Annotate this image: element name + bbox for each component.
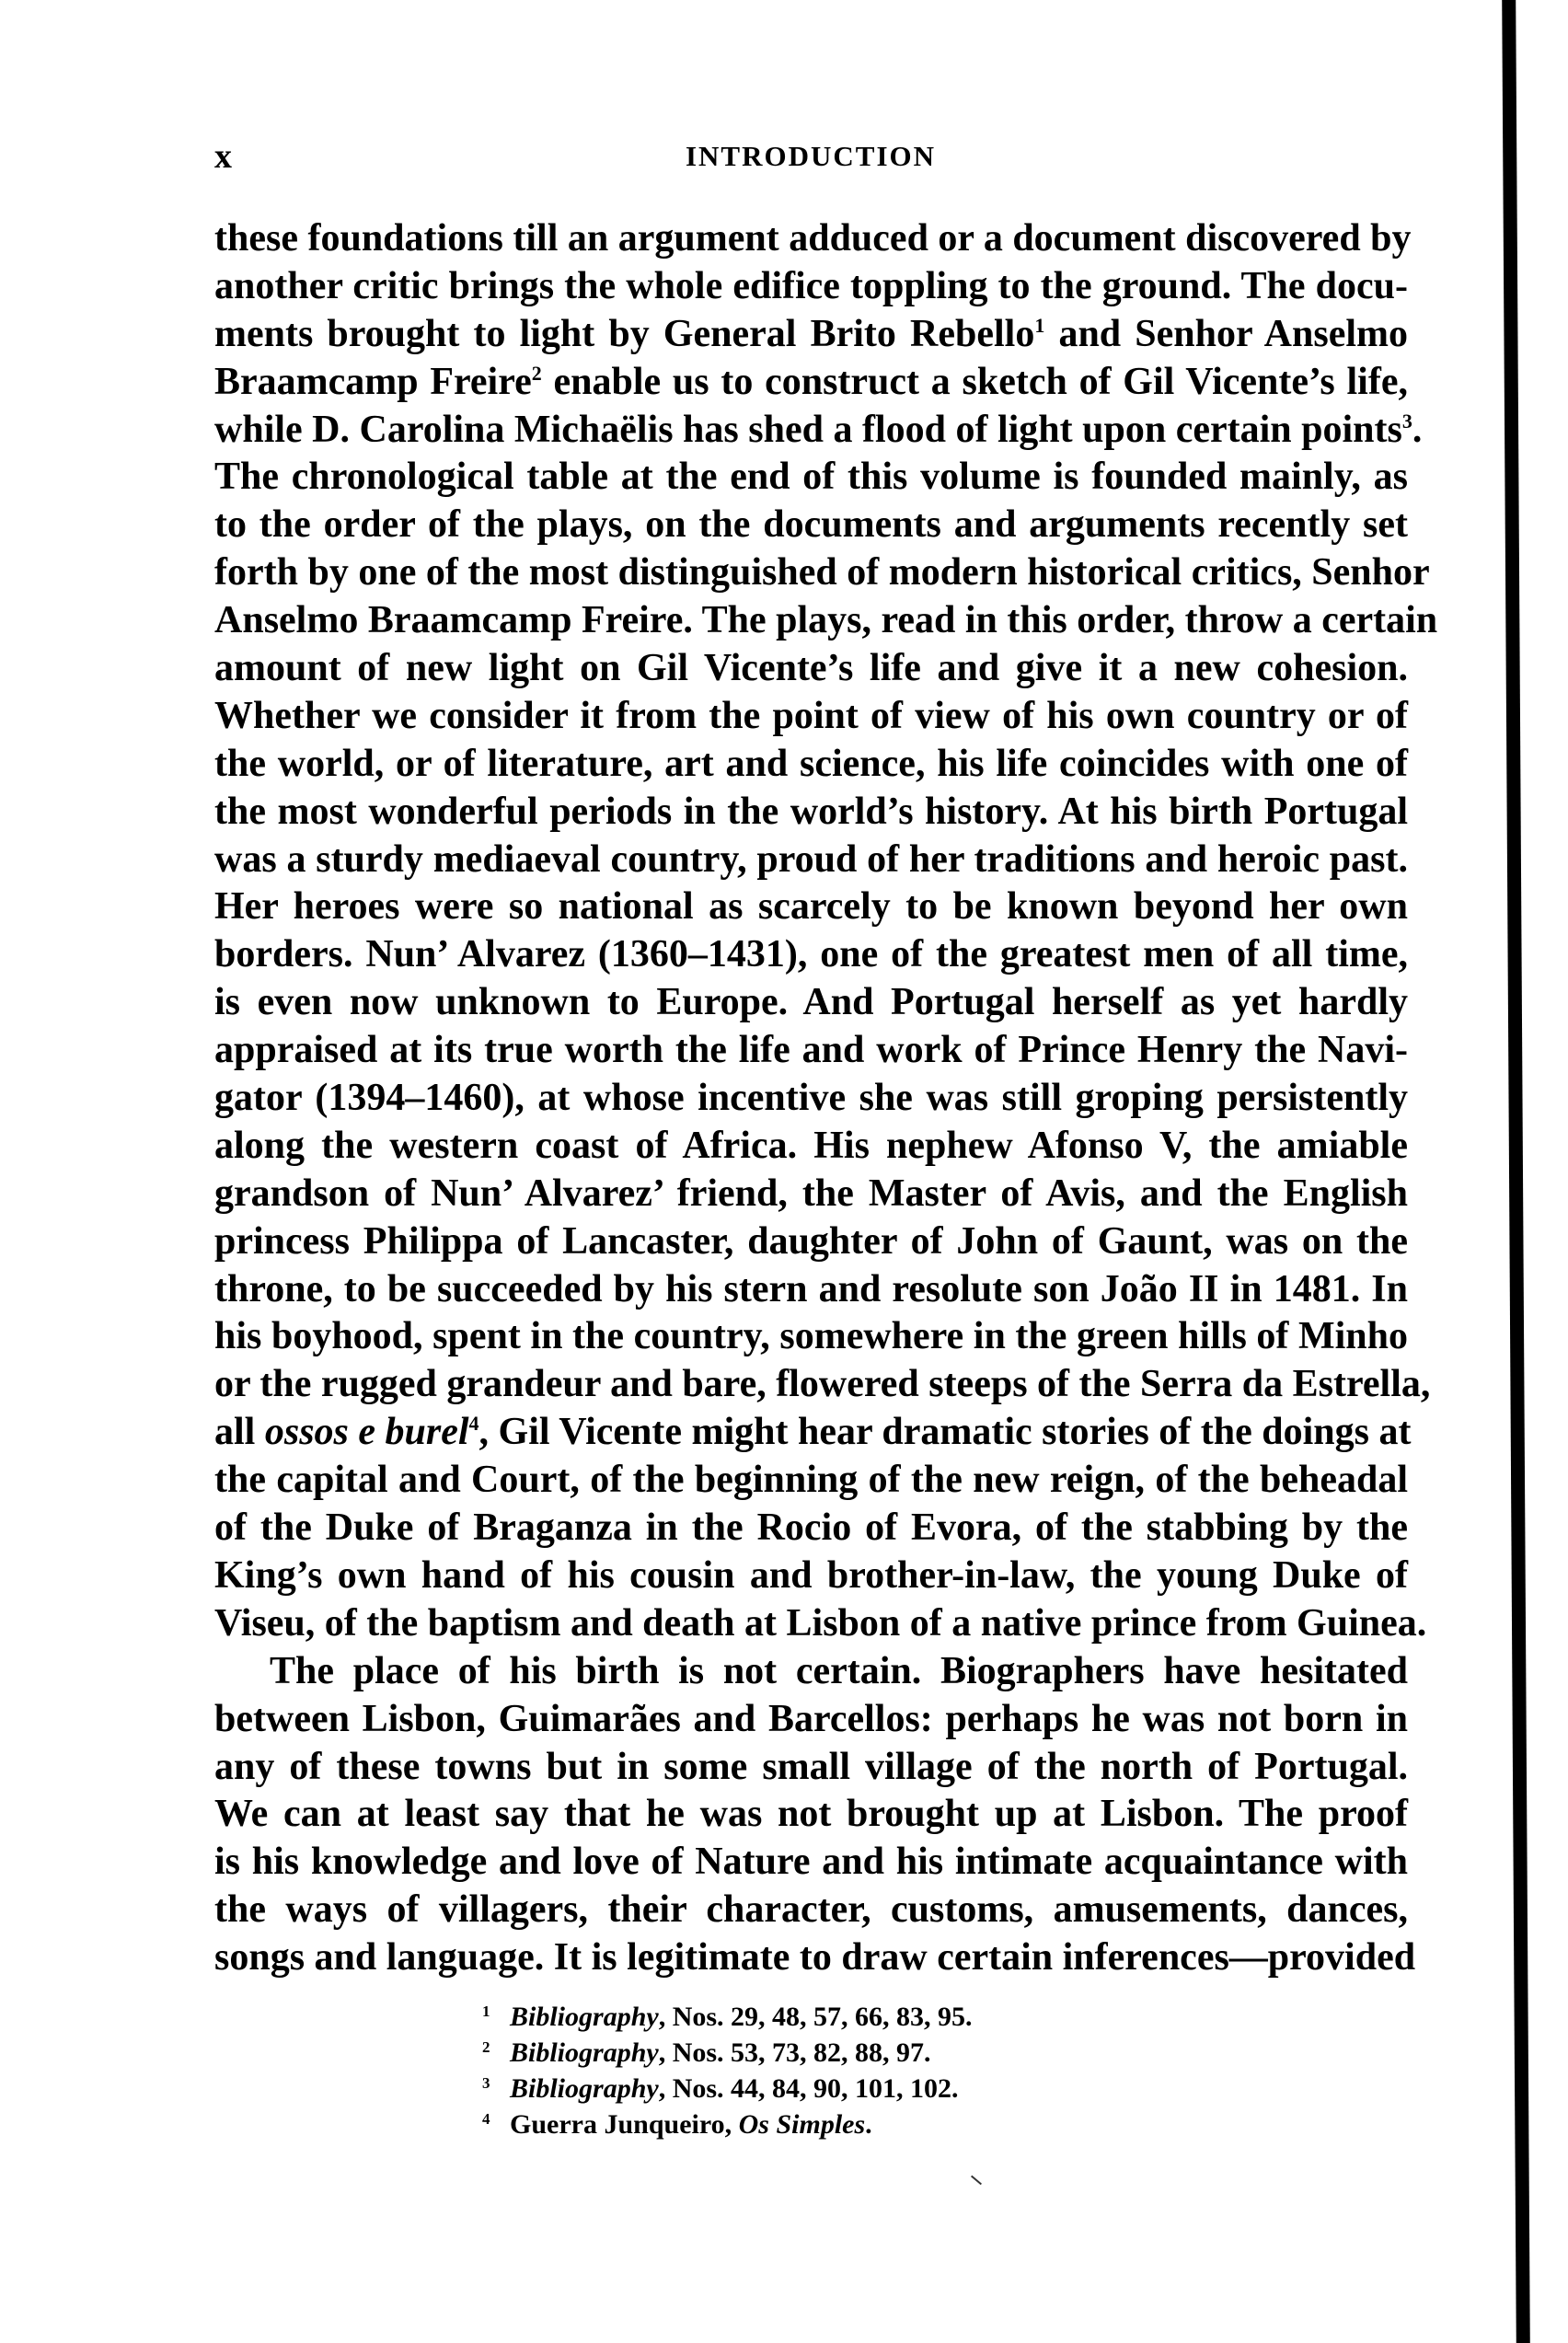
- body-text: these foundations till an argument adduc…: [214, 215, 1408, 1982]
- text-line: between Lisbon, Guimarães and Barcellos:…: [214, 1696, 1408, 1744]
- text-line: along the western coast of Africa. His n…: [214, 1123, 1408, 1171]
- text-line: while D. Carolina Michaëlis has shed a f…: [214, 407, 1408, 455]
- text-line: is even now unknown to Europe. And Portu…: [214, 979, 1408, 1027]
- text-line: all ossos e burel4, Gil Vicente might he…: [214, 1409, 1408, 1457]
- footnote: 4Guerra Junqueiro, Os Simples.: [482, 2106, 973, 2142]
- text-line: ments brought to light by General Brito …: [214, 311, 1408, 359]
- text-line: his boyhood, spent in the country, somew…: [214, 1313, 1408, 1361]
- text-run: while D. Carolina Michaëlis has shed a f…: [214, 409, 1402, 451]
- footnote-number: 4: [482, 2106, 510, 2132]
- text-run: Her heroes were so national as scarcely …: [214, 885, 1408, 928]
- footnote-number: 3: [482, 2071, 510, 2096]
- text-run: .: [1412, 409, 1423, 451]
- text-run: forth by one of the most distinguished o…: [214, 551, 1430, 594]
- text-run: , Nos. 53, 73, 82, 88, 97.: [659, 2037, 931, 2068]
- text-run: We can at least say that he was not brou…: [214, 1793, 1408, 1835]
- text-run: or the rugged grandeur and bare, flowere…: [214, 1363, 1430, 1405]
- text-line: Her heroes were so national as scarcely …: [214, 883, 1408, 931]
- footnote-ref[interactable]: 2: [532, 362, 542, 385]
- text-run: Braamcamp Freire: [214, 361, 532, 403]
- text-run: The chronological table at the end of th…: [214, 456, 1408, 498]
- footnote-number: 1: [482, 1999, 510, 2025]
- text-line: appraised at its true worth the life and…: [214, 1027, 1408, 1075]
- text-run: these foundations till an argument adduc…: [214, 217, 1412, 260]
- scan-edge-bar: [1502, 0, 1530, 2343]
- text-run: Viseu, of the baptism and death at Lisbo…: [214, 1602, 1426, 1645]
- italic-text: ossos e burel: [265, 1411, 469, 1453]
- text-run: King’s own hand of his cousin and brothe…: [214, 1554, 1408, 1597]
- book-page: x INTRODUCTION these foundations till an…: [0, 0, 1568, 2343]
- text-line: Anselmo Braamcamp Freire. The plays, rea…: [214, 597, 1408, 645]
- footnote: 1Bibliography, Nos. 29, 48, 57, 66, 83, …: [482, 1999, 973, 2035]
- text-line: these foundations till an argument adduc…: [214, 215, 1408, 263]
- text-line: The chronological table at the end of th…: [214, 454, 1408, 502]
- text-run: the world, or of literature, art and sci…: [214, 743, 1408, 785]
- running-head: INTRODUCTION: [0, 138, 1568, 175]
- text-line: Braamcamp Freire2 enable us to construct…: [214, 359, 1408, 407]
- text-line: was a sturdy mediaeval country, proud of…: [214, 837, 1408, 884]
- text-line: the most wonderful periods in the world’…: [214, 789, 1408, 837]
- text-run: .: [865, 2109, 872, 2140]
- footnote: 3Bibliography, Nos. 44, 84, 90, 101, 102…: [482, 2071, 973, 2106]
- text-run: of the Duke of Braganza in the Rocio of …: [214, 1506, 1408, 1549]
- footnote: 2Bibliography, Nos. 53, 73, 82, 88, 97.: [482, 2035, 973, 2071]
- text-line: throne, to be succeeded by his stern and…: [214, 1266, 1408, 1314]
- text-run: , Gil Vicente might hear dramatic storie…: [479, 1411, 1412, 1453]
- text-run: between Lisbon, Guimarães and Barcellos:…: [214, 1698, 1408, 1740]
- footnote-ref[interactable]: 3: [1402, 410, 1412, 433]
- text-line: We can at least say that he was not brou…: [214, 1791, 1408, 1839]
- text-line: the capital and Court, of the beginning …: [214, 1457, 1408, 1505]
- italic-text: Bibliography: [510, 2037, 659, 2068]
- text-run: Guerra Junqueiro,: [510, 2109, 739, 2140]
- stray-pen-mark: [971, 2176, 982, 2186]
- text-line: princess Philippa of Lancaster, daughter…: [214, 1218, 1408, 1266]
- footnotes: 1Bibliography, Nos. 29, 48, 57, 66, 83, …: [482, 1999, 973, 2142]
- text-line: Viseu, of the baptism and death at Lisbo…: [214, 1600, 1408, 1648]
- text-run: any of these towns but in some small vil…: [214, 1746, 1408, 1788]
- text-line: The place of his birth is not certain. B…: [214, 1648, 1408, 1696]
- text-line: is his knowledge and love of Nature and …: [214, 1839, 1408, 1887]
- text-line: the world, or of literature, art and sci…: [214, 741, 1408, 789]
- text-run: the ways of villagers, their character, …: [214, 1888, 1408, 1931]
- text-run: is even now unknown to Europe. And Portu…: [214, 981, 1408, 1023]
- text-line: Whether we consider it from the point of…: [214, 693, 1408, 741]
- text-run: gator (1394–1460), at whose incentive sh…: [214, 1077, 1408, 1119]
- text-run: , Nos. 44, 84, 90, 101, 102.: [659, 2073, 959, 2104]
- text-line: grandson of Nun’ Alvarez’ friend, the Ma…: [214, 1171, 1408, 1218]
- text-run: all: [214, 1411, 265, 1453]
- text-run: is his knowledge and love of Nature and …: [214, 1841, 1408, 1883]
- text-line: amount of new light on Gil Vicente’s lif…: [214, 645, 1408, 693]
- text-line: the ways of villagers, their character, …: [214, 1887, 1408, 1934]
- text-line: gator (1394–1460), at whose incentive sh…: [214, 1075, 1408, 1123]
- text-run: throne, to be succeeded by his stern and…: [214, 1268, 1408, 1310]
- text-run: grandson of Nun’ Alvarez’ friend, the Ma…: [214, 1172, 1408, 1215]
- footnote-ref[interactable]: 4: [469, 1412, 479, 1435]
- text-run: the most wonderful periods in the world’…: [214, 791, 1408, 833]
- text-line: of the Duke of Braganza in the Rocio of …: [214, 1505, 1408, 1552]
- text-run: princess Philippa of Lancaster, daughter…: [214, 1220, 1408, 1263]
- text-run: appraised at its true worth the life and…: [214, 1029, 1408, 1071]
- text-line: or the rugged grandeur and bare, flowere…: [214, 1361, 1408, 1409]
- text-run: The place of his birth is not certain. B…: [270, 1650, 1408, 1692]
- text-line: borders. Nun’ Alvarez (1360–1431), one o…: [214, 931, 1408, 979]
- text-run: Whether we consider it from the point of…: [214, 695, 1408, 737]
- text-run: amount of new light on Gil Vicente’s lif…: [214, 647, 1408, 689]
- footnote-number: 2: [482, 2035, 510, 2060]
- text-line: another critic brings the whole edifice …: [214, 263, 1408, 311]
- text-run: to the order of the plays, on the docume…: [214, 503, 1408, 546]
- text-run: and Senhor Anselmo: [1044, 313, 1408, 355]
- text-line: King’s own hand of his cousin and brothe…: [214, 1552, 1408, 1600]
- footnote-ref[interactable]: 1: [1034, 314, 1044, 337]
- italic-text: Bibliography: [510, 2002, 659, 2032]
- italic-text: Os Simples: [739, 2109, 866, 2140]
- text-line: songs and language. It is legitimate to …: [214, 1934, 1408, 1982]
- text-run: ments brought to light by General Brito …: [214, 313, 1034, 355]
- text-run: was a sturdy mediaeval country, proud of…: [214, 838, 1408, 881]
- text-run: , Nos. 29, 48, 57, 66, 83, 95.: [659, 2002, 973, 2032]
- italic-text: Bibliography: [510, 2073, 659, 2104]
- text-run: borders. Nun’ Alvarez (1360–1431), one o…: [214, 933, 1408, 975]
- text-run: the capital and Court, of the beginning …: [214, 1459, 1408, 1501]
- text-run: Anselmo Braamcamp Freire. The plays, rea…: [214, 599, 1437, 641]
- text-run: along the western coast of Africa. His n…: [214, 1125, 1408, 1167]
- text-run: songs and language. It is legitimate to …: [214, 1936, 1415, 1979]
- text-run: another critic brings the whole edifice …: [214, 265, 1408, 307]
- text-line: any of these towns but in some small vil…: [214, 1744, 1408, 1792]
- text-run: his boyhood, spent in the country, somew…: [214, 1315, 1408, 1357]
- text-line: to the order of the plays, on the docume…: [214, 502, 1408, 549]
- text-line: forth by one of the most distinguished o…: [214, 549, 1408, 597]
- text-run: enable us to construct a sketch of Gil V…: [542, 361, 1408, 403]
